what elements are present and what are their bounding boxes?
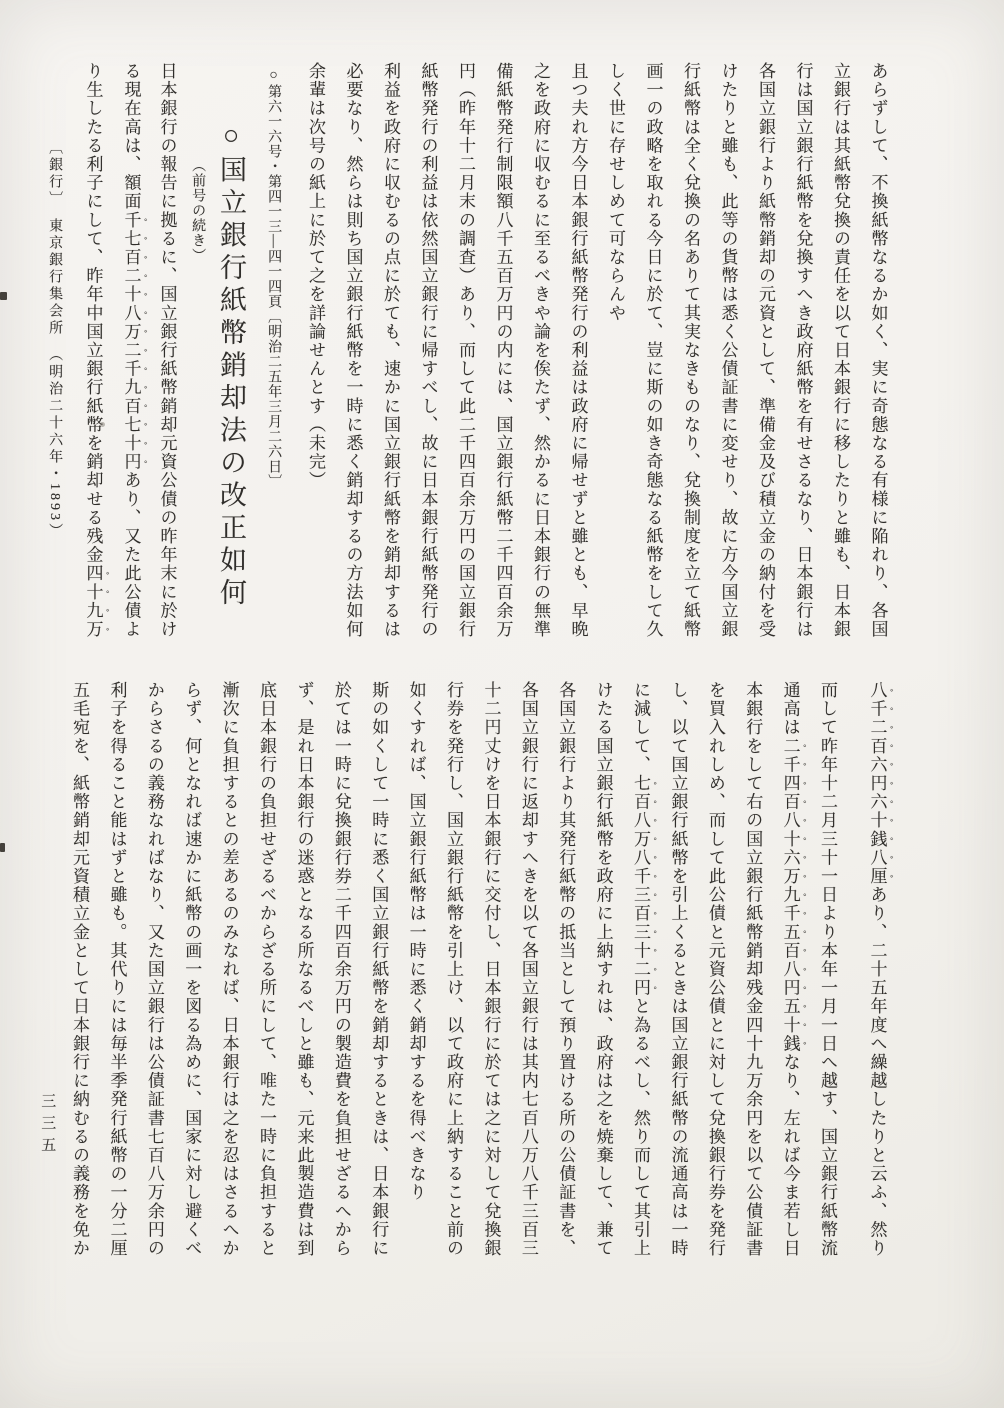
text-column: 余輩は次号の紙上に於て之を詳論せんとす（未完）: [306, 62, 326, 490]
scan-speck: [100, 422, 105, 427]
text-column: 必要なり、然らは則ち国立銀行紙幣を一時に悉く銷却するの方法如何: [343, 62, 363, 639]
text-column: 五毛宛を、紙幣銷却元資積立金として日本銀行に納むるの義務を免か: [70, 681, 90, 1258]
text-column: けたる国立銀行紙幣を政府に上納すれは、政府は之を焼棄して、兼て: [593, 681, 613, 1258]
text-column: 漸次に負担するとの差あるのみなれば、日本銀行は之を忍はさるへか: [219, 681, 239, 1258]
text-column: 本銀行をして右の国立銀行紙幣銷却残金四十九万余円を以て公債証書: [743, 681, 763, 1258]
text-column: 如くすれば、国立銀行紙幣は一時に悉く銷却するを得べきなり: [406, 681, 426, 1202]
text-column: けたりと雖も、此等の貨幣は悉く公債証書に変せり、故に方今国立銀: [718, 62, 738, 639]
page-number: 三三五: [38, 1093, 55, 1159]
text-column: あらずして、不換紙幣なるか如く、実に奇態なる有様に陥れり、各国: [868, 62, 888, 639]
issue-citation: ○第六一六号・第四一三―四一四頁〔明治二五年三月二六日〕: [265, 68, 281, 489]
text-column: に減して、七百八万八千三百三十二円と為るべし、然り而して其引上: [631, 681, 661, 1258]
text-column: 且つ夫れ方今日本銀行紙幣発行の利益は政府に帰せずと雖とも、早晩: [568, 62, 588, 639]
text-column: ず、是れ日本銀行の迷惑となる所なるべしと雖も、元来此製造費は到: [294, 681, 314, 1258]
text-column: 而して昨年十二月三十一日より本年一月一日へ越す、国立銀行紙幣流: [818, 681, 838, 1258]
text-column: 立銀行は其紙幣兌換の責任を以て日本銀行に移したりと雖も、日本銀: [831, 62, 851, 639]
emphasized-figure: 二千四百八十六万九千五百八円五十銭: [781, 737, 800, 1053]
text-column: し、以て国立銀行紙幣を引上くるときは国立銀行紙幣の流通高は一時: [668, 681, 688, 1258]
scanned-page: あらずして、不換紙幣なるか如く、実に奇態なる有様に陥れり、各国立銀行は其紙幣兌換…: [0, 0, 1004, 1408]
text-column: 各国立銀行に返却すへきを以て各国立銀行は其内七百八万八千三百三: [518, 681, 538, 1258]
text-column: しく世に存せしめて可ならんや: [606, 62, 626, 322]
text-column: 底日本銀行の負担せざるべからざる所にして、唯た一時に負担すると: [257, 681, 277, 1258]
text-column: 画一の政略を取れる今日に於て、豈に斯の如き奇態なる紙幣をして久: [643, 62, 663, 639]
text-column: 各国立銀行より紙幣銷却の元資として、準備金及び積立金の納付を受: [756, 62, 776, 639]
text-column: り生したる利子にして、昨年中国立銀行紙幣を銷却せる残金四十九万: [83, 62, 113, 639]
text-column: 利益を政府に収むるの点に於ても、速かに国立銀行紙幣を銷却するは: [381, 62, 401, 639]
emphasized-figure: 八千二百六円六十銭八厘: [868, 681, 887, 886]
text-column: らず、何となれば速かに紙幣の画一を図る為めに、国家に対し避くべ: [182, 681, 202, 1258]
text-column: 之を政府に収むるに至るべきや論を俟たず、然かるに日本銀行の無準: [531, 62, 551, 639]
scan-artifact: [0, 292, 7, 300]
article-heading: ○国立銀行紙幣銷却法の改正如何: [215, 120, 246, 611]
text-column: 於ては一時に兌換銀行券二千四百余万円の製造費を負担せざるへから: [331, 681, 351, 1258]
emphasized-figure: 七百八万八千三百三十二円: [631, 774, 650, 997]
text-column: 日本銀行の報告に拠るに、国立銀行紙幣銷却元資公債の昨年末に於け: [157, 62, 177, 639]
text-column: る現在高は、額面千七百二十八万二千九百七十円あり、又た此公債よ: [121, 62, 151, 639]
emphasized-figure: 四十九万: [84, 564, 103, 638]
text-column: 行は国立銀行紙幣を兌換すへき政府紙幣を有せさるなり、日本銀行は: [793, 62, 813, 639]
text-column: からさるの義務なればなり、又た国立銀行は公債証書七百八万余円の: [144, 681, 164, 1258]
text-column: 備紙幣発行制限額八千五百万円の内には、国立銀行紙幣二千四百余万: [493, 62, 513, 639]
text-column: 利子を得ること能はずと雖も。其代りには毎半季発行紙幣の一分二厘: [107, 681, 127, 1258]
text-column: 斯の如くして一時に悉く国立銀行紙幣を銷却するときは、日本銀行に: [369, 681, 389, 1258]
continuation-note: （前号の続き）: [189, 158, 205, 263]
emphasized-figure: 千七百二十八万二千九百七十円: [122, 211, 141, 471]
text-column: を買入れしめ、而して此公債と元資公債とに対して兌換銀行券を発行: [705, 681, 725, 1258]
text-column: 円（昨年十二月末の調査）あり、而して此二千四百余万円の国立銀行: [456, 62, 476, 639]
text-column: 通高は二千四百八十六万九千五百八円五十銭なり、左れば今ま若し日: [780, 681, 810, 1258]
scan-artifact: [0, 843, 5, 852]
text-column: 行券を発行し、国立銀行紙幣を引上け、以て政府に上納すること前の: [444, 681, 464, 1258]
text-column: 十二円丈けを日本銀行に交付し、日本銀行に於ては之に対して兌換銀: [481, 681, 501, 1258]
text-column: 各国立銀行より其発行紙幣の抵当として預り置ける所の公債証書を、: [556, 681, 576, 1258]
text-column: 八千二百六円六十銭八厘あり、二十五年度へ繰越したりと云ふ、然り: [867, 681, 897, 1258]
text-column: 行紙幣は全く兌換の名ありて其実なきものなり、兌換制度を立て紙幣: [681, 62, 701, 639]
margin-publication-label: 〔銀行〕 東京銀行集会所 （明治二十六年・1893）: [46, 140, 62, 540]
text-column: 紙幣発行の利益は依然国立銀行に帰すべし、故に日本銀行紙幣発行の: [418, 62, 438, 639]
